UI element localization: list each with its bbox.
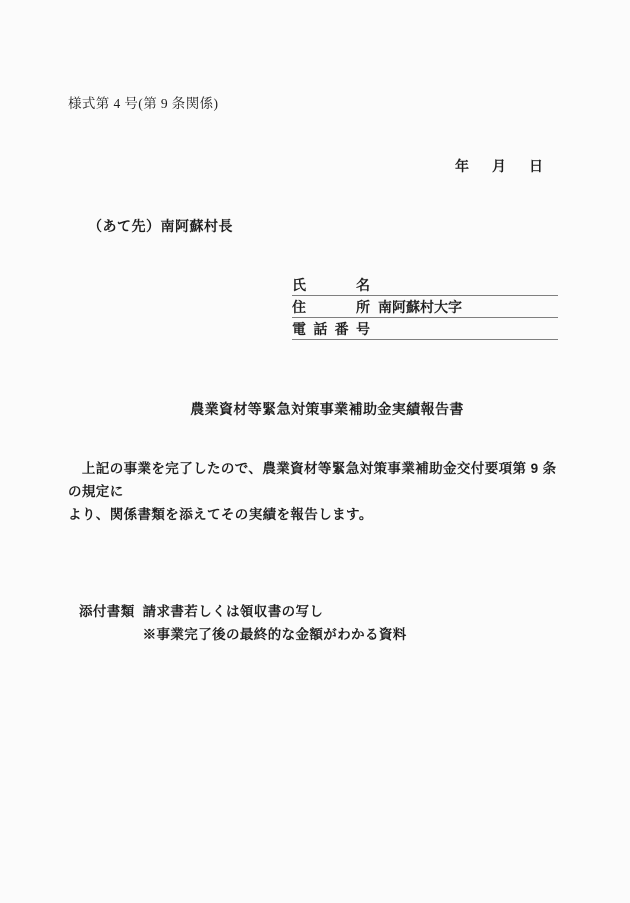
date-line: 年 月 日 [455, 156, 543, 176]
attachment-note: ※事業完了後の最終的な金額がわかる資料 [143, 623, 407, 646]
date-day-label: 日 [529, 156, 543, 176]
field-row-name: 氏名 [292, 274, 558, 296]
field-row-address: 住所 南阿蘇村大字 [292, 296, 558, 318]
attachment-item: 請求書若しくは領収書の写し [143, 600, 407, 623]
document-page: 様式第 4 号(第 9 条関係) 年 月 日 （あて先）南阿蘇村長 氏名 住所 … [0, 0, 630, 903]
document-title: 農業資材等緊急対策事業補助金実績報告書 [0, 399, 630, 419]
date-month-label: 月 [492, 156, 506, 176]
name-field-label: 氏名 [292, 275, 370, 295]
address-field-value: 南阿蘇村大字 [378, 297, 462, 317]
body-paragraph: 上記の事業を完了したので、農業資材等緊急対策事業補助金交付要項第 9 条の規定に… [68, 457, 570, 526]
address-field-label: 住所 [292, 297, 370, 317]
date-year-label: 年 [455, 156, 469, 176]
addressee: （あて先）南阿蘇村長 [88, 216, 233, 236]
recipient-fields: 氏名 住所 南阿蘇村大字 電話番号 [292, 274, 558, 340]
phone-field-label: 電話番号 [292, 319, 370, 339]
attachments-list: 請求書若しくは領収書の写し ※事業完了後の最終的な金額がわかる資料 [143, 600, 407, 646]
attachments-label: 添付書類 [79, 600, 135, 623]
attachments-section: 添付書類 請求書若しくは領収書の写し ※事業完了後の最終的な金額がわかる資料 [79, 600, 407, 646]
field-row-phone: 電話番号 [292, 318, 558, 340]
form-number: 様式第 4 号(第 9 条関係) [68, 92, 218, 112]
